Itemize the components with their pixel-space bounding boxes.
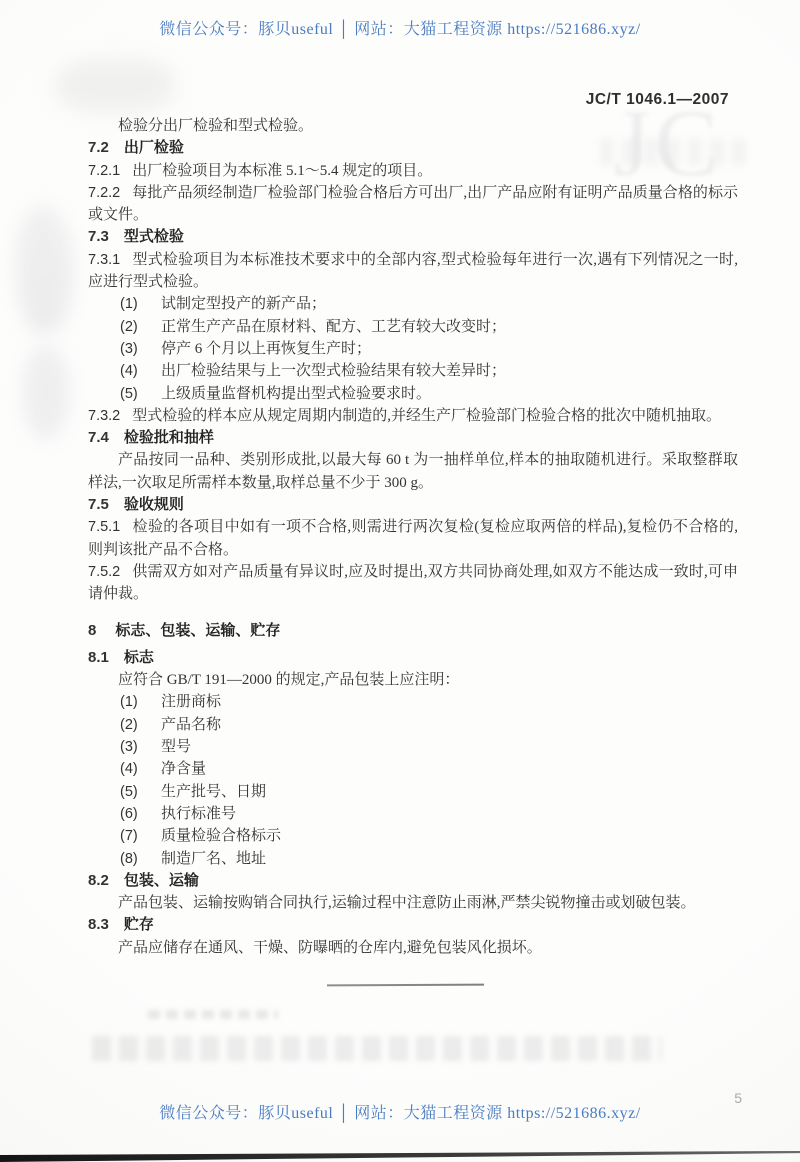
paragraph-text: 正常生产产品在原材料、配方、工艺有较大改变时； bbox=[161, 319, 506, 335]
header-watermark: 微信公众号：豚贝useful │ 网站：大猫工程资源 https://52168… bbox=[0, 16, 800, 39]
section-heading: 7.3型式检验 bbox=[88, 226, 738, 248]
clause-number: 7.4 bbox=[88, 429, 109, 446]
paragraph-text: 应符合 GB/T 191—2000 的规定,产品包装上应注明： bbox=[118, 672, 459, 688]
paragraph-text: 执行标准号 bbox=[161, 806, 236, 822]
paragraph-text: 检验分出厂检验和型式检验。 bbox=[118, 118, 313, 134]
standard-number: JC/T 1046.1—2007 bbox=[586, 91, 729, 109]
doc-paragraph: 产品包装、运输按购销合同执行,运输过程中注意防止雨淋,严禁尖锐物撞击或划破包装。 bbox=[88, 892, 738, 914]
section-heading: 8.2包装、运输 bbox=[88, 870, 738, 892]
paragraph-text: 供需双方如对产品质量有异议时,应及时提出,双方共同协商处理,如双方不能达成一致时… bbox=[88, 564, 738, 602]
clause-number: (3) bbox=[120, 338, 161, 360]
section-heading: 8标志、包装、运输、贮存 bbox=[88, 620, 738, 642]
scan-smudge bbox=[55, 58, 175, 113]
paragraph-text: 净含量 bbox=[161, 761, 206, 777]
paragraph-text: 产品应储存在通风、干燥、防曝晒的仓库内,避免包装风化损坏。 bbox=[118, 940, 542, 956]
clause-number: (4) bbox=[120, 360, 161, 382]
doc-paragraph: (7)质量检验合格标示 bbox=[88, 825, 738, 847]
scan-edge-shadow bbox=[0, 1150, 800, 1162]
clause-number: 7.2.1 bbox=[88, 163, 120, 179]
paragraph-text: 上级质量监督机构提出型式检验要求时。 bbox=[161, 386, 431, 402]
clause-number: 7.2.2 bbox=[88, 185, 120, 201]
section-heading: 7.4检验批和抽样 bbox=[88, 427, 738, 449]
section-heading: 7.2出厂检验 bbox=[88, 137, 738, 159]
clause-number: (5) bbox=[120, 383, 161, 405]
clause-number: (3) bbox=[120, 736, 161, 758]
doc-paragraph: 产品应储存在通风、干燥、防曝晒的仓库内,避免包装风化损坏。 bbox=[88, 937, 738, 959]
clause-number: (2) bbox=[120, 714, 161, 736]
bleedthrough-text-row bbox=[92, 1036, 662, 1061]
scanned-document-page: JC 微信公众号：豚贝useful │ 网站：大猫工程资源 https://52… bbox=[0, 0, 800, 1162]
paragraph-text: 型号 bbox=[161, 739, 191, 755]
doc-paragraph: (2)正常生产产品在原材料、配方、工艺有较大改变时； bbox=[88, 316, 738, 338]
paragraph-text: 制造厂名、地址 bbox=[161, 851, 266, 867]
clause-number: 8.1 bbox=[88, 649, 109, 666]
doc-paragraph: (4)净含量 bbox=[88, 758, 738, 780]
paragraph-text: 产品按同一品种、类别形成批,以最大每 60 t 为一抽样单位,样本的抽取随机进行… bbox=[88, 452, 738, 490]
doc-paragraph: (3)型号 bbox=[88, 736, 738, 758]
clause-number: 7.3.2 bbox=[88, 408, 120, 424]
paragraph-text: 型式检验的样本应从规定周期内制造的,并经生产厂检验部门检验合格的批次中随机抽取。 bbox=[132, 408, 721, 424]
clause-number: 7.5.2 bbox=[88, 564, 120, 580]
paragraph-text: 产品名称 bbox=[161, 717, 221, 733]
section-heading: 7.5验收规则 bbox=[88, 494, 738, 516]
clause-number: (1) bbox=[120, 293, 161, 315]
doc-paragraph: 7.3.1型式检验项目为本标准技术要求中的全部内容,型式检验每年进行一次,遇有下… bbox=[88, 249, 738, 294]
paragraph-text: 出厂检验结果与上一次型式检验结果有较大差异时； bbox=[161, 363, 506, 379]
paragraph-text: 出厂检验 bbox=[124, 139, 184, 156]
paragraph-text: 标志 bbox=[124, 649, 154, 666]
paragraph-text: 质量检验合格标示 bbox=[161, 828, 281, 844]
clause-number: (7) bbox=[120, 825, 161, 847]
end-of-text-divider bbox=[327, 984, 484, 987]
doc-paragraph: (5)上级质量监督机构提出型式检验要求时。 bbox=[88, 383, 738, 405]
paragraph-text: 检验批和抽样 bbox=[124, 429, 214, 446]
doc-paragraph: (1)注册商标 bbox=[88, 691, 738, 713]
clause-number: 7.5.1 bbox=[88, 519, 120, 535]
doc-paragraph: 7.3.2型式检验的样本应从规定周期内制造的,并经生产厂检验部门检验合格的批次中… bbox=[88, 405, 738, 427]
doc-paragraph: (4)出厂检验结果与上一次型式检验结果有较大差异时； bbox=[88, 360, 738, 382]
clause-number: 7.3.1 bbox=[88, 252, 120, 268]
paragraph-text: 出厂检验项目为本标准 5.1～5.4 规定的项目。 bbox=[132, 163, 432, 179]
doc-paragraph: (2)产品名称 bbox=[88, 714, 738, 736]
paragraph-text: 包装、运输 bbox=[124, 872, 199, 889]
doc-paragraph: 产品按同一品种、类别形成批,以最大每 60 t 为一抽样单位,样本的抽取随机进行… bbox=[88, 449, 738, 494]
doc-paragraph: 7.5.2供需双方如对产品质量有异议时,应及时提出,双方共同协商处理,如双方不能… bbox=[88, 561, 738, 606]
clause-number: (5) bbox=[120, 781, 161, 803]
doc-paragraph: (1)试制定型投产的新产品； bbox=[88, 293, 738, 315]
clause-number: 8.3 bbox=[88, 916, 109, 933]
clause-number: (4) bbox=[120, 758, 161, 780]
clause-number: (6) bbox=[120, 803, 161, 825]
paragraph-text: 型式检验 bbox=[124, 228, 184, 245]
doc-paragraph: (6)执行标准号 bbox=[88, 803, 738, 825]
paragraph-text: 试制定型投产的新产品； bbox=[161, 296, 326, 312]
clause-number: 8.2 bbox=[88, 872, 109, 889]
paragraph-text: 注册商标 bbox=[161, 694, 221, 710]
footer-watermark: 微信公众号：豚贝useful │ 网站：大猫工程资源 https://52168… bbox=[0, 1100, 800, 1123]
section-heading: 8.1标志 bbox=[88, 647, 738, 669]
doc-paragraph: (8)制造厂名、地址 bbox=[88, 848, 738, 870]
paragraph-text: 生产批号、日期 bbox=[161, 784, 266, 800]
doc-paragraph: 7.2.2每批产品须经制造厂检验部门检验合格后方可出厂,出厂产品应附有证明产品质… bbox=[88, 182, 738, 227]
clause-number: 8 bbox=[88, 622, 96, 639]
doc-paragraph: 7.5.1检验的各项目中如有一项不合格,则需进行两次复检(复检应取两倍的样品),… bbox=[88, 516, 738, 561]
doc-paragraph: 7.2.1出厂检验项目为本标准 5.1～5.4 规定的项目。 bbox=[88, 160, 738, 182]
paragraph-text: 标志、包装、运输、贮存 bbox=[115, 622, 280, 639]
clause-number: (2) bbox=[120, 316, 161, 338]
clause-number: (8) bbox=[120, 848, 161, 870]
doc-paragraph: (3)停产 6 个月以上再恢复生产时； bbox=[88, 338, 738, 360]
scan-smudge bbox=[16, 205, 74, 335]
paragraph-text: 型式检验项目为本标准技术要求中的全部内容,型式检验每年进行一次,遇有下列情况之一… bbox=[88, 252, 738, 290]
scan-smudge bbox=[22, 345, 70, 440]
doc-paragraph: (5)生产批号、日期 bbox=[88, 781, 738, 803]
paragraph-text: 停产 6 个月以上再恢复生产时； bbox=[161, 341, 371, 357]
section-heading: 8.3贮存 bbox=[88, 914, 738, 936]
doc-paragraph: 检验分出厂检验和型式检验。 bbox=[88, 115, 738, 137]
paragraph-text: 验收规则 bbox=[124, 496, 184, 513]
paragraph-text: 贮存 bbox=[124, 916, 154, 933]
bleedthrough-text-row bbox=[148, 1010, 278, 1019]
clause-number: 7.2 bbox=[88, 139, 109, 156]
paragraph-text: 产品包装、运输按购销合同执行,运输过程中注意防止雨淋,严禁尖锐物撞击或划破包装。 bbox=[118, 895, 696, 911]
clause-number: (1) bbox=[120, 691, 161, 713]
clause-number: 7.5 bbox=[88, 496, 109, 513]
clause-number: 7.3 bbox=[88, 228, 109, 245]
doc-paragraph: 应符合 GB/T 191—2000 的规定,产品包装上应注明： bbox=[88, 669, 738, 691]
document-body: 检验分出厂检验和型式检验。7.2出厂检验7.2.1出厂检验项目为本标准 5.1～… bbox=[88, 115, 738, 959]
paragraph-text: 检验的各项目中如有一项不合格,则需进行两次复检(复检应取两倍的样品),复检仍不合… bbox=[88, 519, 738, 557]
paragraph-text: 每批产品须经制造厂检验部门检验合格后方可出厂,出厂产品应附有证明产品质量合格的标… bbox=[88, 185, 738, 223]
